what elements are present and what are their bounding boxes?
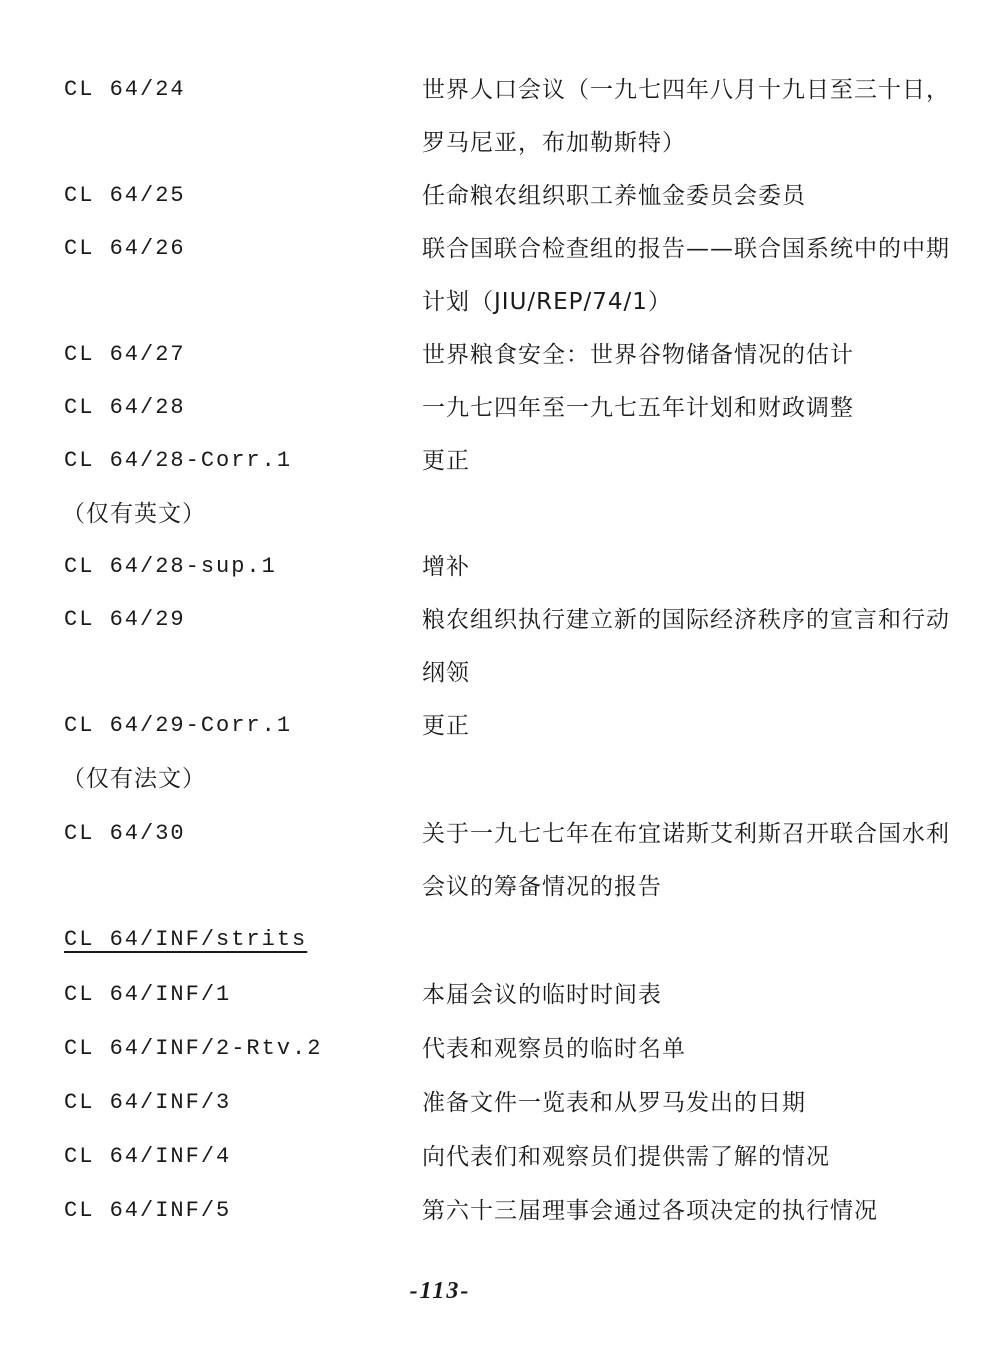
entry-row-continuation: 会议的筹备情况的报告 <box>0 867 1000 907</box>
doc-description: 世界人口会议（一九七四年八月十九日至三十日， <box>422 70 950 110</box>
inf-entry-row: CL 64/INF/3 准备文件一览表和从罗马发出的日期 <box>0 1083 1000 1123</box>
language-note-row: （仅有英文） <box>0 494 1000 534</box>
inf-entry-row: CL 64/INF/1 本届会议的临时时间表 <box>0 975 1000 1015</box>
doc-code: CL 64/INF/1 <box>64 975 231 1015</box>
page-number: -113- <box>0 1278 1000 1305</box>
inf-entry-row: CL 64/INF/5 第六十三届理事会通过各项决定的执行情况 <box>0 1191 1000 1231</box>
doc-description: 第六十三届理事会通过各项决定的执行情况 <box>422 1191 878 1231</box>
doc-description: 代表和观察员的临时名单 <box>422 1029 686 1069</box>
doc-description: 准备文件一览表和从罗马发出的日期 <box>422 1083 806 1123</box>
section-heading: CL 64/INF/strits <box>64 920 307 960</box>
doc-code: CL 64/28-Corr.1 <box>64 441 292 481</box>
entry-row-continuation: 纲领 <box>0 653 1000 693</box>
doc-description: 任命粮农组织职工养恤金委员会委员 <box>422 176 806 216</box>
entry-row: CL 64/27 世界粮食安全：世界谷物储备情况的估计 <box>0 335 1000 375</box>
doc-code: CL 64/28-sup.1 <box>64 547 277 587</box>
doc-code: CL 64/30 <box>64 814 186 854</box>
doc-code: CL 64/29-Corr.1 <box>64 706 292 746</box>
doc-description: 纲领 <box>422 653 470 693</box>
doc-description: 联合国联合检查组的报告——联合国系统中的中期 <box>422 229 950 269</box>
doc-code: CL 64/INF/2-Rtv.2 <box>64 1029 322 1069</box>
doc-code: CL 64/27 <box>64 335 186 375</box>
inf-entry-row: CL 64/INF/2-Rtv.2 代表和观察员的临时名单 <box>0 1029 1000 1069</box>
inf-entry-row: CL 64/INF/4 向代表们和观察员们提供需了解的情况 <box>0 1137 1000 1177</box>
doc-description: 关于一九七七年在布宜诺斯艾利斯召开联合国水利 <box>422 814 950 854</box>
doc-code: CL 64/INF/5 <box>64 1191 231 1231</box>
entry-row: CL 64/28-Corr.1 更正 <box>0 441 1000 481</box>
doc-code: CL 64/25 <box>64 176 186 216</box>
entry-row: CL 64/29 粮农组织执行建立新的国际经济秩序的宣言和行动 <box>0 600 1000 640</box>
entry-row: CL 64/30 关于一九七七年在布宜诺斯艾利斯召开联合国水利 <box>0 814 1000 854</box>
entry-row: CL 64/24 世界人口会议（一九七四年八月十九日至三十日， <box>0 70 1000 110</box>
entry-row-continuation: 罗马尼亚，布加勒斯特） <box>0 123 1000 163</box>
entry-row: CL 64/26 联合国联合检查组的报告——联合国系统中的中期 <box>0 229 1000 269</box>
entry-row: CL 64/28-sup.1 增补 <box>0 547 1000 587</box>
doc-description: 计划（JIU/REP/74/1） <box>422 282 672 322</box>
doc-code: CL 64/24 <box>64 70 186 110</box>
language-note: （仅有英文） <box>62 494 206 534</box>
entry-row: CL 64/25 任命粮农组织职工养恤金委员会委员 <box>0 176 1000 216</box>
doc-code: CL 64/INF/3 <box>64 1083 231 1123</box>
doc-description: 一九七四年至一九七五年计划和财政调整 <box>422 388 854 428</box>
doc-description: 增补 <box>422 547 470 587</box>
entry-row: CL 64/29-Corr.1 更正 <box>0 706 1000 746</box>
doc-description: 本届会议的临时时间表 <box>422 975 662 1015</box>
doc-description: 更正 <box>422 441 470 481</box>
doc-code: CL 64/28 <box>64 388 186 428</box>
doc-description: 世界粮食安全：世界谷物储备情况的估计 <box>422 335 854 375</box>
language-note: （仅有法文） <box>62 759 206 799</box>
doc-code: CL 64/26 <box>64 229 186 269</box>
doc-description: 更正 <box>422 706 470 746</box>
doc-code: CL 64/INF/4 <box>64 1137 231 1177</box>
entry-row-continuation: 计划（JIU/REP/74/1） <box>0 282 1000 322</box>
section-heading-row: CL 64/INF/strits <box>0 920 1000 960</box>
doc-code: CL 64/29 <box>64 600 186 640</box>
doc-description: 粮农组织执行建立新的国际经济秩序的宣言和行动 <box>422 600 950 640</box>
doc-description: 会议的筹备情况的报告 <box>422 867 662 907</box>
entry-row: CL 64/28 一九七四年至一九七五年计划和财政调整 <box>0 388 1000 428</box>
doc-description: 罗马尼亚，布加勒斯特） <box>422 123 686 163</box>
language-note-row: （仅有法文） <box>0 759 1000 799</box>
doc-description: 向代表们和观察员们提供需了解的情况 <box>422 1137 830 1177</box>
